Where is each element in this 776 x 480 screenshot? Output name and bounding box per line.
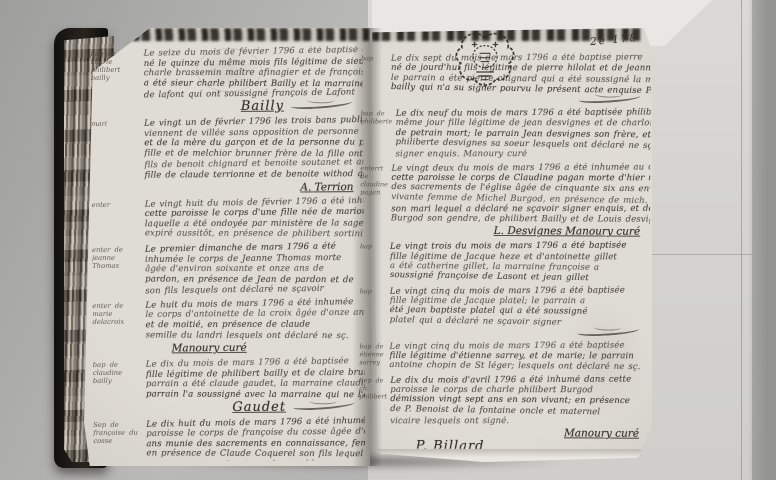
signature: L. Desvignes Manoury curé [494, 225, 640, 238]
entry-body: Le vingt un de février 1796 les trois ba… [144, 116, 364, 195]
register-entry: enter de jeanne ThomasLe premier dimanch… [92, 242, 364, 297]
entry-body: Le dix neuf du mois de mars 1796 a été b… [395, 108, 651, 161]
entry-body: Le dix huit du mois de mars 1796 a été i… [146, 417, 365, 462]
entry-body: Le dix sept du mois de mars 1796 a été b… [391, 52, 651, 106]
margin-note: bap [360, 241, 390, 282]
margin-note: bap de philiberte [360, 107, 395, 159]
signature: Manoury curé [564, 428, 639, 440]
right-page-entries: bapLe dix sept du mois de mars 1796 a ét… [359, 52, 651, 450]
signature: Bailly [241, 101, 284, 113]
background-right-band [748, 0, 776, 480]
entry-body: Le vingt cinq du mois de mars 1796 a été… [390, 285, 650, 339]
register-entry: enterLe vingt huit du mois de février 17… [92, 197, 364, 241]
backing-crease-vertical [741, 0, 742, 480]
margin-note: bap de claudine bailly [93, 359, 146, 416]
register-entry: Sep de françoise du cosseLe dix huit du … [93, 417, 365, 462]
manuscript-line: né de jourd'hui fils légitime de pierre … [391, 63, 651, 74]
manuscript-line: son fils lesquels ont déclaré ne sçavoir [145, 284, 364, 298]
entry-body: Le dix du mois d'avril 1796 a été inhumé… [390, 374, 650, 450]
manuscript-line: signer enquis. Manoury curé [395, 149, 650, 160]
manuscript-line: antoine chopin de St léger; lesquels ont… [389, 360, 649, 373]
signature: Manoury curé [172, 342, 247, 355]
register-entry: bap de charle philibert baillyLe seize d… [91, 46, 363, 115]
signature-row [391, 94, 651, 106]
margin-note: enter [92, 198, 145, 241]
entry-body: Le vingt deux du mois de mars 1796 a été… [391, 162, 651, 239]
manuscript-line: fille de claude terrionne et de benoite … [144, 169, 363, 181]
signature-row: Bailly [144, 99, 363, 115]
manuscript-line: parrain a été claude gaudet, la marraine… [146, 379, 365, 390]
manuscript-scan: bap de charle philibert baillyLe seize d… [0, 0, 776, 480]
entry-body: Le huit du mois de mars 1796 a été inhum… [145, 298, 364, 356]
signature-row: A. Terrion [144, 180, 363, 196]
manuscript-line: et de la mère du garçon et de la personn… [144, 138, 363, 149]
manuscript-line: vicaire lesquels ont signé. [390, 416, 649, 427]
manuscript-line: expiré aussitôt, en présence de philiber… [145, 229, 364, 240]
margin-note: Sep de ch. philibert [359, 374, 390, 450]
entry-body: Le vingt trois du mois de mars 1796 a ét… [390, 241, 650, 284]
margin-note: enterrt de claudine pagan [360, 162, 391, 238]
entry-body: Le dix du mois de mars 1796 a été baptis… [146, 357, 365, 415]
manuscript-line: semille du landri lesquels ont déclaré n… [146, 330, 365, 341]
margin-note: bap de étienne sarrey [359, 340, 389, 371]
register-entry: mariLe vingt un de février 1796 les troi… [91, 116, 364, 195]
manuscript-line: charle brassemin maître afinagier et de … [144, 68, 363, 79]
register-entry: enterrt de claudine paganLe vingt deux d… [360, 162, 650, 239]
paraph-flourish-icon [291, 98, 353, 111]
margin-note: enter de jeanne Thomas [92, 243, 145, 296]
register-entry: bapLe vingt trois du mois de mars 1796 a… [360, 241, 650, 284]
margin-note: bap [361, 52, 391, 104]
signature-row: P. Billard [390, 440, 649, 450]
register-entry: bap de étienne sarreyLe vingt cinq du mo… [359, 340, 649, 372]
margin-note: bap de charle philibert bailly [91, 48, 144, 115]
signature-row: Manoury curé [146, 340, 365, 356]
signature: A. Terrion [300, 181, 353, 193]
entry-body: Le seize du mois de février 1796 a été b… [144, 46, 363, 114]
signature-row: L. Desvignes Manoury curé [391, 224, 650, 239]
entry-body: Le vingt cinq du mois de mars 1796 a été… [389, 340, 649, 372]
signature: Gaudet [232, 401, 286, 413]
entry-body: Le vingt huit du mois de février 1796 a … [145, 197, 364, 241]
margin-note: bap [360, 285, 390, 337]
margin-note: enter de marie delacroix [92, 299, 145, 356]
manuscript-line: soussigné françoise de Lasont et jean gi… [390, 270, 650, 284]
signature-row: Gaudet [146, 400, 365, 416]
left-page-entries: bap de charle philibert baillyLe seize d… [91, 46, 366, 462]
manuscript-line: et de moitié, en présence de claude [145, 319, 364, 330]
register-entry: bap de philiberteLe dix neuf du mois de … [360, 107, 650, 160]
paraph-flourish-icon [577, 325, 639, 337]
ink-stamp-icon [452, 30, 518, 92]
register-entry: bap de claudine baillyLe dix du mois de … [93, 357, 365, 415]
register-entry: Sep de ch. philibertLe dix du mois d'avr… [359, 374, 649, 450]
register-entry: bapLe vingt cinq du mois de mars 1796 a … [360, 285, 650, 339]
register-entry: enter de marie delacroixLe huit du mois … [92, 298, 364, 356]
signature-row [390, 326, 650, 338]
backing-crease-horizontal [648, 254, 752, 255]
margin-note: Sep de françoise du cosse [93, 418, 146, 462]
entry-body: Le premier dimanche de mars 1796 a étéin… [145, 242, 364, 296]
margin-note: mari [91, 118, 145, 196]
manuscript-line: âgée d'environ soixante et onze ans de [145, 264, 364, 275]
paraph-flourish-icon [579, 92, 641, 104]
manuscript-line: Le vingt trois du mois de mars 1796 a ét… [390, 241, 650, 253]
manuscript-line: Burgod son gendre, de philibert Bailly e… [391, 214, 650, 226]
signature: P. Billard [416, 441, 485, 450]
